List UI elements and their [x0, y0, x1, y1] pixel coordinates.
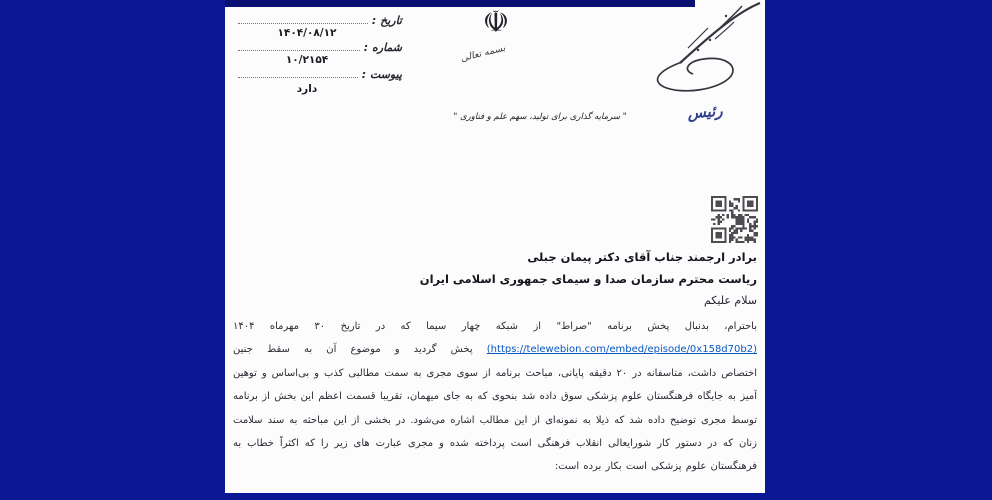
year-slogan: " سرمایه گذاری برای تولید، سهم علم و فنا… [390, 112, 690, 122]
dotted-line [238, 14, 368, 24]
besmele-calligraphy: بسمه تعالی [453, 41, 514, 66]
academy-calligraphy-logo-icon [638, 0, 765, 102]
attachment-field: پیوست : دارد [238, 68, 404, 95]
body-line: زنان که در دستور کار شورایعالی انقلاب فر… [233, 432, 757, 455]
attachment-label: پیوست : [362, 68, 404, 81]
body-line: توسط مجری توضیح داده شد که ذیلا به نمونه… [233, 409, 757, 432]
body-line: فرهنگستان علوم پزشکی است بکار برده است: [233, 455, 757, 478]
body-line-text: پخش گردید و موضوع آن به سقط جنین [233, 344, 473, 355]
body-line: (https://telewebion.com/embed/episode/0x… [233, 338, 757, 361]
slide-background: تاریخ : ۱۴۰۴/۰۸/۱۲ شماره : ۱۰/۲۱۵۴ پیوست… [0, 0, 992, 500]
date-field: تاریخ : ۱۴۰۴/۰۸/۱۲ [238, 14, 404, 41]
body-line: اختصاص داشت، متاسفانه در ۲۰ دقیقه پایانی… [233, 362, 757, 385]
number-label: شماره : [364, 41, 404, 54]
letterhead-fields: تاریخ : ۱۴۰۴/۰۸/۱۲ شماره : ۱۰/۲۱۵۴ پیوست… [238, 14, 404, 95]
dotted-line [238, 68, 358, 78]
letter-text: برادر ارجمند جناب آقای دکتر پیمان جبلی ر… [233, 246, 757, 479]
dotted-line [238, 41, 360, 51]
number-value: ۱۰/۲۱۵۴ [252, 54, 362, 66]
recipient-title: ریاست محترم سازمان صدا و سیمای جمهوری اس… [233, 268, 757, 290]
letter-document: تاریخ : ۱۴۰۴/۰۸/۱۲ شماره : ۱۰/۲۱۵۴ پیوست… [225, 0, 765, 493]
iran-national-emblem-icon: ☫ [473, 6, 519, 40]
telewebion-link[interactable]: (https://telewebion.com/embed/episode/0x… [487, 344, 757, 355]
number-field: شماره : ۱۰/۲۱۵۴ [238, 41, 404, 68]
salutation: سلام علیکم [233, 290, 757, 312]
date-label: تاریخ : [372, 14, 404, 27]
body-line: آمیز به جایگاه فرهنگستان علوم پزشکی سوق … [233, 385, 757, 408]
attachment-value: دارد [272, 83, 342, 95]
body-line: باحترام، بدنبال پخش برنامه "صراط" از شبک… [233, 315, 757, 338]
scan-edge-strip [225, 0, 695, 7]
qr-code-icon [711, 196, 758, 243]
recipient-name: برادر ارجمند جناب آقای دکتر پیمان جبلی [233, 246, 757, 268]
date-value: ۱۴۰۴/۰۸/۱۲ [252, 27, 362, 39]
letter-body: باحترام، بدنبال پخش برنامه "صراط" از شبک… [233, 315, 757, 479]
